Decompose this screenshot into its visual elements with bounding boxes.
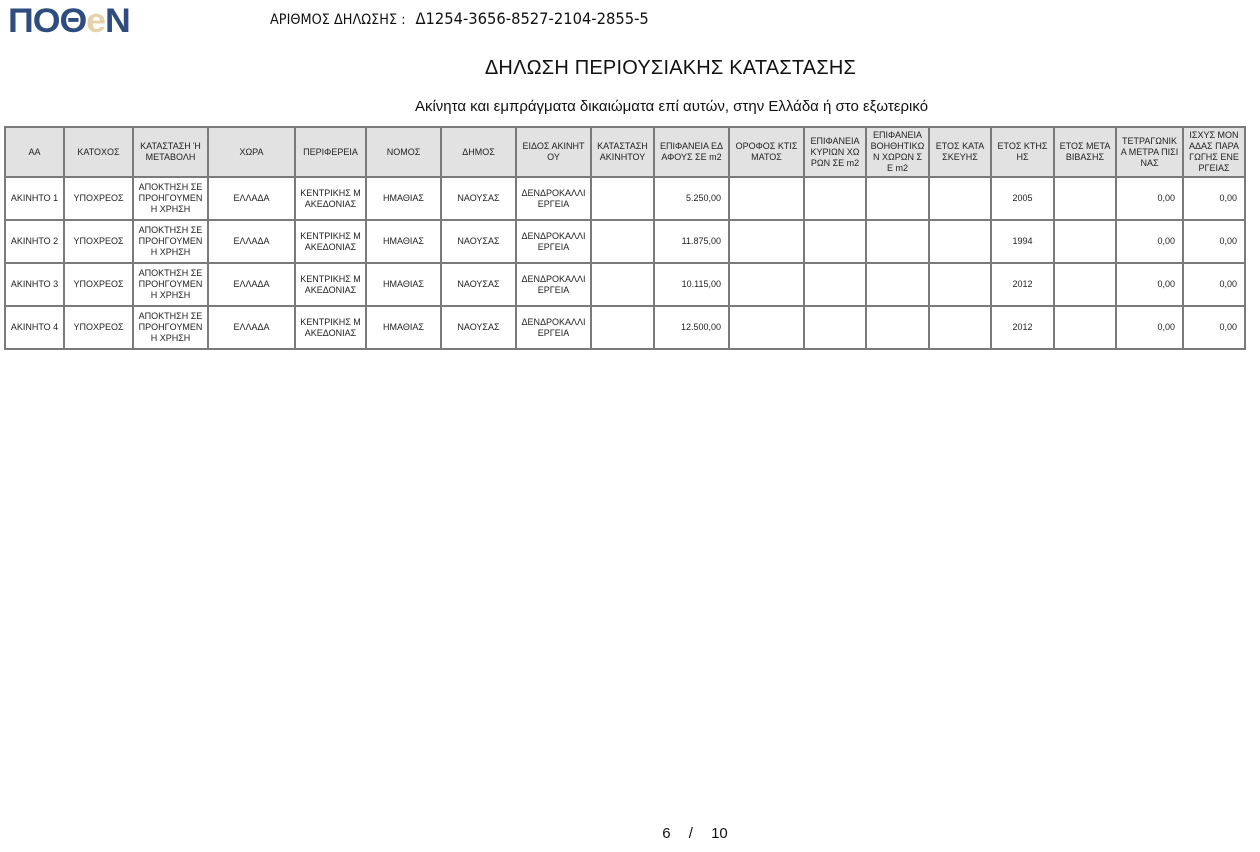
column-header: ΕΤΟΣ ΚΤΗΣΗΣ bbox=[991, 127, 1054, 177]
table-cell: ΑΠΟΚΤΗΣΗ ΣΕ ΠΡΟΗΓΟΥΜΕΝΗ ΧΡΗΣΗ bbox=[133, 263, 208, 306]
table-cell: 2012 bbox=[991, 306, 1054, 349]
table-cell: 5.250,00 bbox=[654, 177, 729, 220]
table-cell bbox=[1054, 306, 1116, 349]
table-cell: 0,00 bbox=[1183, 306, 1245, 349]
column-header: ΑΑ bbox=[5, 127, 64, 177]
column-header: ΚΑΤΑΣΤΑΣΗ Ή ΜΕΤΑΒΟΛΗ bbox=[133, 127, 208, 177]
table-row: ΑΚΙΝΗΤΟ 2ΥΠΟΧΡΕΟΣΑΠΟΚΤΗΣΗ ΣΕ ΠΡΟΗΓΟΥΜΕΝΗ… bbox=[5, 220, 1245, 263]
table-cell bbox=[866, 220, 929, 263]
table-cell bbox=[804, 263, 866, 306]
declaration-number: ΑΡΙΘΜΟΣ ΔΗΛΩΣΗΣ : Δ1254-3656-8527-2104-2… bbox=[270, 9, 649, 30]
table-cell bbox=[1054, 177, 1116, 220]
table-cell: 0,00 bbox=[1116, 263, 1183, 306]
table-cell: ΚΕΝΤΡΙΚΗΣ ΜΑΚΕΔΟΝΙΑΣ bbox=[295, 220, 366, 263]
table-cell: 2005 bbox=[991, 177, 1054, 220]
document-subtitle: Ακίνητα και εμπράγματα δικαιώματα επί αυ… bbox=[0, 97, 1260, 117]
column-header: ΚΑΤΟΧΟΣ bbox=[64, 127, 133, 177]
table-cell: ΔΕΝΔΡΟΚΑΛΛΙΕΡΓΕΙΑ bbox=[516, 177, 591, 220]
column-header: ΙΣΧΥΣ ΜΟΝΑΔΑΣ ΠΑΡΑΓΩΓΗΣ ΕΝΕΡΓΕΙΑΣ bbox=[1183, 127, 1245, 177]
table-cell: ΗΜΑΘΙΑΣ bbox=[366, 220, 441, 263]
table-cell: ΥΠΟΧΡΕΟΣ bbox=[64, 177, 133, 220]
table-cell: ΗΜΑΘΙΑΣ bbox=[366, 263, 441, 306]
table-cell: ΑΠΟΚΤΗΣΗ ΣΕ ΠΡΟΗΓΟΥΜΕΝΗ ΧΡΗΣΗ bbox=[133, 306, 208, 349]
table-cell bbox=[591, 263, 654, 306]
page-separator: / bbox=[689, 825, 693, 842]
table-cell: 0,00 bbox=[1183, 177, 1245, 220]
table-cell: ΚΕΝΤΡΙΚΗΣ ΜΑΚΕΔΟΝΙΑΣ bbox=[295, 177, 366, 220]
table-cell: ΕΛΛΑΔΑ bbox=[208, 220, 295, 263]
logo-text-main: ΠΟΘ bbox=[8, 2, 86, 40]
table-cell bbox=[866, 263, 929, 306]
table-cell: ΑΚΙΝΗΤΟ 2 bbox=[5, 220, 64, 263]
table-cell: ΥΠΟΧΡΕΟΣ bbox=[64, 263, 133, 306]
logo-text-end: N bbox=[105, 2, 130, 40]
logo-text-accent: e bbox=[86, 2, 105, 40]
table-cell: 0,00 bbox=[1116, 306, 1183, 349]
table-cell bbox=[729, 263, 804, 306]
table-cell bbox=[591, 220, 654, 263]
table-cell: ΕΛΛΑΔΑ bbox=[208, 177, 295, 220]
table-cell: 2012 bbox=[991, 263, 1054, 306]
table-cell bbox=[729, 220, 804, 263]
table-cell: ΑΠΟΚΤΗΣΗ ΣΕ ΠΡΟΗΓΟΥΜΕΝΗ ΧΡΗΣΗ bbox=[133, 177, 208, 220]
column-header: ΔΗΜΟΣ bbox=[441, 127, 516, 177]
table-cell: ΚΕΝΤΡΙΚΗΣ ΜΑΚΕΔΟΝΙΑΣ bbox=[295, 306, 366, 349]
table-cell: ΗΜΑΘΙΑΣ bbox=[366, 177, 441, 220]
table-cell: 11.875,00 bbox=[654, 220, 729, 263]
table-header-row: ΑΑΚΑΤΟΧΟΣΚΑΤΑΣΤΑΣΗ Ή ΜΕΤΑΒΟΛΗΧΩΡΑΠΕΡΙΦΕΡ… bbox=[5, 127, 1245, 177]
table-cell: ΝΑΟΥΣΑΣ bbox=[441, 177, 516, 220]
table-cell: ΚΕΝΤΡΙΚΗΣ ΜΑΚΕΔΟΝΙΑΣ bbox=[295, 263, 366, 306]
table-cell: 0,00 bbox=[1183, 263, 1245, 306]
table-cell bbox=[804, 177, 866, 220]
table-cell: ΔΕΝΔΡΟΚΑΛΛΙΕΡΓΕΙΑ bbox=[516, 306, 591, 349]
column-header: ΝΟΜΟΣ bbox=[366, 127, 441, 177]
table-cell: ΝΑΟΥΣΑΣ bbox=[441, 263, 516, 306]
page-current: 6 bbox=[662, 825, 670, 842]
column-header: ΕΙΔΟΣ ΑΚΙΝΗΤΟΥ bbox=[516, 127, 591, 177]
table-cell: ΝΑΟΥΣΑΣ bbox=[441, 220, 516, 263]
table-cell bbox=[1054, 220, 1116, 263]
column-header: ΕΠΙΦΑΝΕΙΑ ΒΟΗΘΗΤΙΚΩΝ ΧΩΡΩΝ ΣΕ m2 bbox=[866, 127, 929, 177]
table-cell bbox=[929, 220, 991, 263]
table-cell: ΥΠΟΧΡΕΟΣ bbox=[64, 220, 133, 263]
table-cell: ΥΠΟΧΡΕΟΣ bbox=[64, 306, 133, 349]
table-cell: ΑΚΙΝΗΤΟ 1 bbox=[5, 177, 64, 220]
column-header: ΕΠΙΦΑΝΕΙΑ ΕΔΑΦΟΥΣ ΣΕ m2 bbox=[654, 127, 729, 177]
column-header: ΟΡΟΦΟΣ ΚΤΙΣΜΑΤΟΣ bbox=[729, 127, 804, 177]
table-cell bbox=[866, 177, 929, 220]
table-cell: ΗΜΑΘΙΑΣ bbox=[366, 306, 441, 349]
table-cell: ΑΚΙΝΗΤΟ 3 bbox=[5, 263, 64, 306]
table-cell bbox=[804, 306, 866, 349]
document-title: ΔΗΛΩΣΗ ΠΕΡΙΟΥΣΙΑΚΗΣ ΚΑΤΑΣΤΑΣΗΣ bbox=[0, 56, 1260, 80]
table-cell: 12.500,00 bbox=[654, 306, 729, 349]
table-cell bbox=[929, 177, 991, 220]
page-total: 10 bbox=[711, 825, 728, 842]
table-row: ΑΚΙΝΗΤΟ 4ΥΠΟΧΡΕΟΣΑΠΟΚΤΗΣΗ ΣΕ ΠΡΟΗΓΟΥΜΕΝΗ… bbox=[5, 306, 1245, 349]
column-header: ΕΤΟΣ ΜΕΤΑΒΙΒΑΣΗΣ bbox=[1054, 127, 1116, 177]
column-header: ΠΕΡΙΦΕΡΕΙΑ bbox=[295, 127, 366, 177]
table-cell bbox=[929, 263, 991, 306]
table-cell bbox=[729, 306, 804, 349]
table-cell: ΔΕΝΔΡΟΚΑΛΛΙΕΡΓΕΙΑ bbox=[516, 263, 591, 306]
column-header: ΤΕΤΡΑΓΩΝΙΚΑ ΜΕΤΡΑ ΠΙΣΙΝΑΣ bbox=[1116, 127, 1183, 177]
table-cell: ΑΠΟΚΤΗΣΗ ΣΕ ΠΡΟΗΓΟΥΜΕΝΗ ΧΡΗΣΗ bbox=[133, 220, 208, 263]
table-cell: 10.115,00 bbox=[654, 263, 729, 306]
table-cell: 0,00 bbox=[1183, 220, 1245, 263]
table-cell: ΑΚΙΝΗΤΟ 4 bbox=[5, 306, 64, 349]
table-cell bbox=[929, 306, 991, 349]
real-estate-table: ΑΑΚΑΤΟΧΟΣΚΑΤΑΣΤΑΣΗ Ή ΜΕΤΑΒΟΛΗΧΩΡΑΠΕΡΙΦΕΡ… bbox=[4, 126, 1246, 350]
table-cell bbox=[804, 220, 866, 263]
column-header: ΕΠΙΦΑΝΕΙΑ ΚΥΡΙΩΝ ΧΩΡΩΝ ΣΕ m2 bbox=[804, 127, 866, 177]
table-row: ΑΚΙΝΗΤΟ 1ΥΠΟΧΡΕΟΣΑΠΟΚΤΗΣΗ ΣΕ ΠΡΟΗΓΟΥΜΕΝΗ… bbox=[5, 177, 1245, 220]
table-cell: 0,00 bbox=[1116, 177, 1183, 220]
column-header: ΚΑΤΑΣΤΑΣΗ ΑΚΙΝΗΤΟΥ bbox=[591, 127, 654, 177]
table-cell: ΕΛΛΑΔΑ bbox=[208, 263, 295, 306]
table-cell bbox=[729, 177, 804, 220]
declaration-number-value: Δ1254-3656-8527-2104-2855-5 bbox=[415, 9, 648, 28]
table-cell: ΔΕΝΔΡΟΚΑΛΛΙΕΡΓΕΙΑ bbox=[516, 220, 591, 263]
pagination: 6 / 10 bbox=[0, 824, 1260, 844]
column-header: ΕΤΟΣ ΚΑΤΑΣΚΕΥΗΣ bbox=[929, 127, 991, 177]
table-cell: ΕΛΛΑΔΑ bbox=[208, 306, 295, 349]
column-header: ΧΩΡΑ bbox=[208, 127, 295, 177]
table-cell bbox=[1054, 263, 1116, 306]
table-cell bbox=[591, 177, 654, 220]
table-row: ΑΚΙΝΗΤΟ 3ΥΠΟΧΡΕΟΣΑΠΟΚΤΗΣΗ ΣΕ ΠΡΟΗΓΟΥΜΕΝΗ… bbox=[5, 263, 1245, 306]
table-cell: 0,00 bbox=[1116, 220, 1183, 263]
table-cell bbox=[866, 306, 929, 349]
table-cell: 1994 bbox=[991, 220, 1054, 263]
table-cell bbox=[591, 306, 654, 349]
declaration-number-label: ΑΡΙΘΜΟΣ ΔΗΛΩΣΗΣ : bbox=[270, 12, 406, 28]
pothen-logo: ΠΟΘeN bbox=[8, 2, 130, 40]
table-cell: ΝΑΟΥΣΑΣ bbox=[441, 306, 516, 349]
